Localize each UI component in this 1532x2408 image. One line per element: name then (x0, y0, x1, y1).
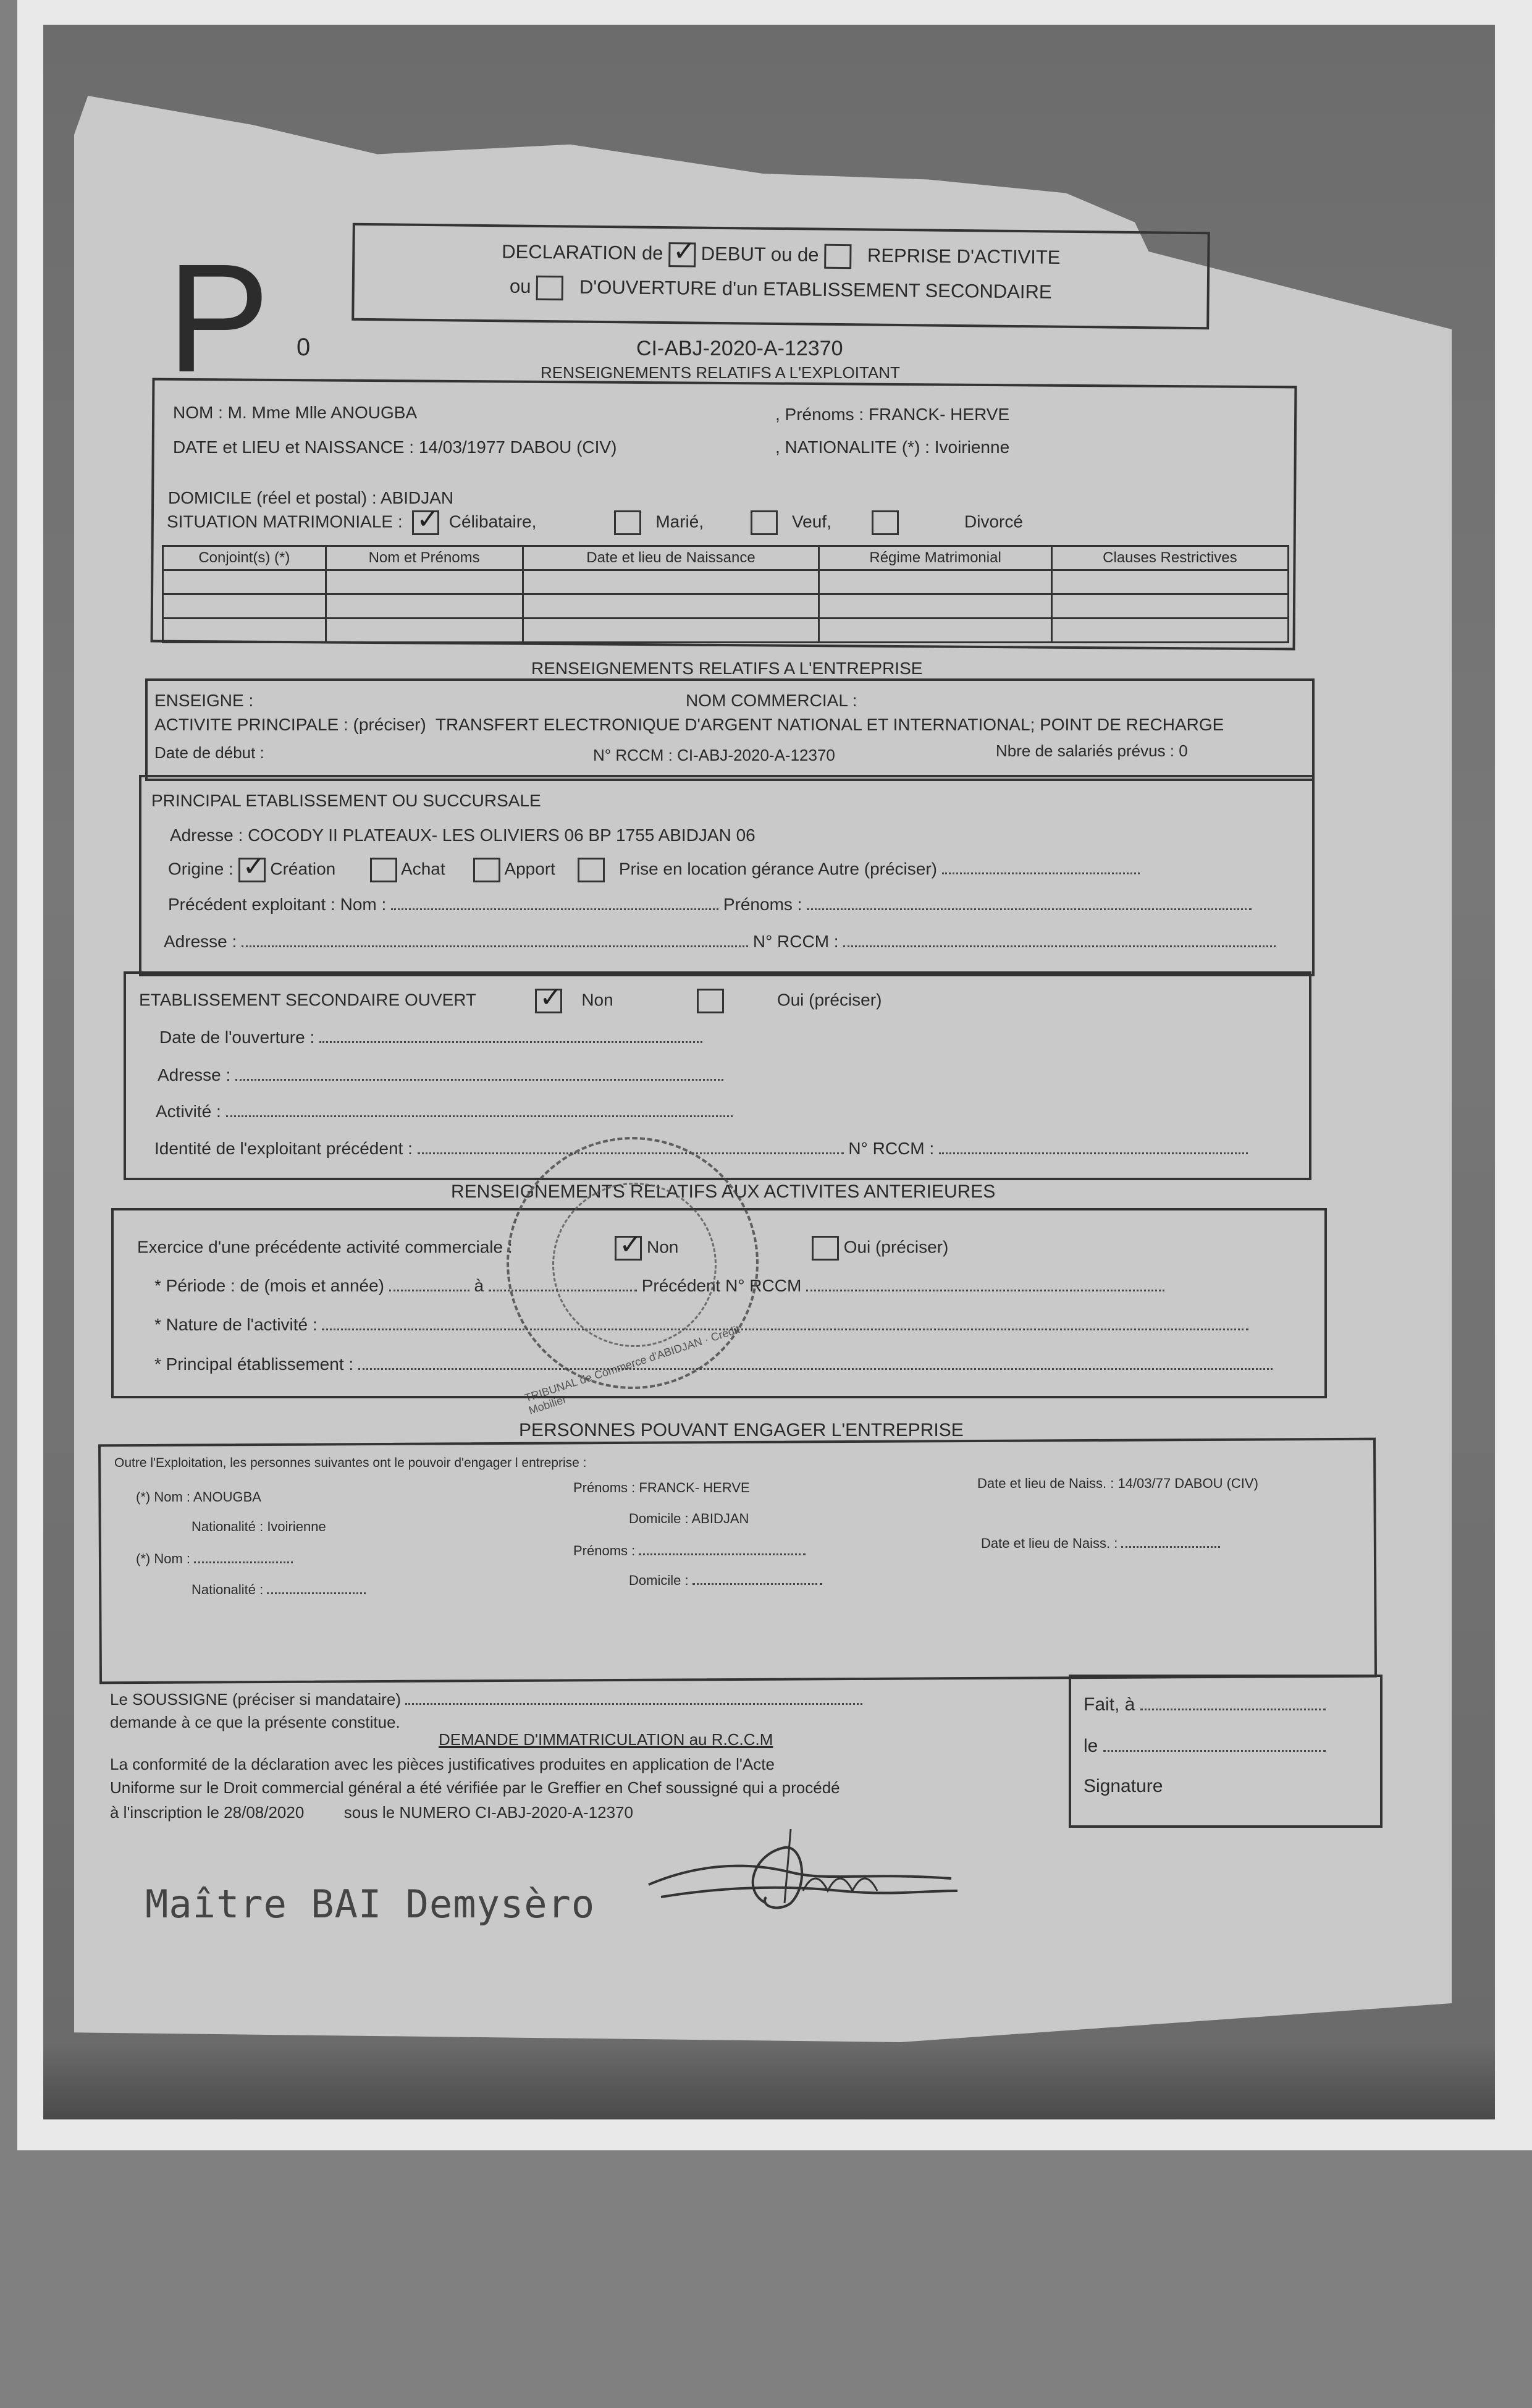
soussigne-field[interactable] (405, 1703, 862, 1705)
precedent-adresse-field[interactable] (242, 945, 748, 947)
salaries-value: 0 (1179, 741, 1187, 760)
precedent-prenoms-field[interactable] (807, 908, 1252, 910)
secondaire-oui-checkbox[interactable] (697, 989, 724, 1013)
nationalite-value: Ivoirienne (935, 437, 1009, 457)
secondaire-activite-field[interactable] (226, 1115, 733, 1117)
rccm-row: N° RCCM : CI-ABJ-2020-A-12370 (593, 746, 835, 765)
situation-row: SITUATION MATRIMONIALE : Célibataire, Ma… (167, 510, 1023, 535)
declaration-line-1: DECLARATION de DEBUT ou de REPRISE D'ACT… (355, 239, 1207, 272)
celibataire-checkbox[interactable] (412, 510, 439, 535)
signature-box: Fait, à le Signature (1069, 1675, 1383, 1828)
conformite-line-2: Uniforme sur le Droit commercial général… (110, 1778, 840, 1798)
demande-line: demande à ce que la présente constitue. (110, 1713, 400, 1732)
person-2-naissance: Date et lieu de Naiss. : (981, 1536, 1220, 1552)
person-1-nom: (*) Nom : ANOUGBA (136, 1489, 261, 1505)
section-title-entreprise: RENSEIGNEMENTS RELATIFS A L'ENTREPRISE (531, 659, 922, 678)
ouverture-checkbox[interactable] (536, 276, 563, 300)
declaration-header-box: DECLARATION de DEBUT ou de REPRISE D'ACT… (351, 223, 1210, 330)
greffier-name-stamp: Maître BAI Demysèro (145, 1882, 595, 1927)
person-2-nom: (*) Nom : (136, 1551, 293, 1567)
person-2-prenoms-field[interactable] (639, 1553, 806, 1555)
le-field[interactable] (1103, 1750, 1326, 1752)
photo-bottom-edge (43, 2045, 1495, 2119)
rccm-number: CI-ABJ-2020-A-12370 (636, 337, 843, 361)
secondaire-adresse-field[interactable] (235, 1079, 723, 1081)
person-1-naissance: Date et lieu de Naiss. : 14/03/77 DABOU … (977, 1476, 1258, 1492)
inscription-date: 28/08/2020 (224, 1803, 304, 1822)
nature-field[interactable] (322, 1329, 1248, 1330)
apport-checkbox[interactable] (473, 858, 500, 882)
person-1-prenoms: Prénoms : FRANCK- HERVE (573, 1480, 750, 1496)
principal-title: PRINCIPAL ETABLISSEMENT OU SUCCURSALE (151, 791, 541, 811)
principal-adresse2-row: Adresse : N° RCCM : (164, 932, 1276, 952)
stamp-inner-ring (552, 1183, 717, 1347)
precedent-rccm-anterieur-field[interactable] (806, 1290, 1164, 1291)
identite-row: Identité de l'exploitant précédent : N° … (154, 1139, 1248, 1159)
autre-field[interactable] (942, 872, 1140, 874)
inscription-row: à l'inscription le 28/08/2020 sous le NU… (110, 1803, 633, 1822)
reprise-checkbox[interactable] (824, 244, 851, 269)
inscription-numero: CI-ABJ-2020-A-12370 (475, 1803, 633, 1822)
principal-adresse-value: COCODY II PLATEAUX- LES OLIVIERS 06 BP 1… (248, 826, 755, 845)
secondaire-row: ETABLISSEMENT SECONDAIRE OUVERT Non Oui … (139, 989, 882, 1013)
section-title-personnes: PERSONNES POUVANT ENGAGER L'ENTREPRISE (519, 1420, 964, 1441)
domicile-row: DOMICILE (réel et postal) : ABIDJAN (168, 488, 453, 508)
personnes-intro: Outre l'Exploitation, les personnes suiv… (114, 1456, 586, 1471)
periode-de-field[interactable] (389, 1290, 469, 1291)
signature-label: Signature (1084, 1776, 1163, 1797)
ouverture-date-row: Date de l'ouverture : (159, 1028, 702, 1047)
conjoint-table: Conjoint(s) (*) Nom et Prénoms Date et l… (162, 545, 1289, 643)
secondaire-rccm-field[interactable] (939, 1152, 1248, 1154)
conformite-line-1: La conformité de la déclaration avec les… (110, 1755, 775, 1774)
person-2-nationalite: Nationalité : (192, 1582, 366, 1598)
salaries-row: Nbre de salariés prévus : 0 (996, 741, 1188, 761)
soussigne-row: Le SOUSSIGNE (préciser si mandataire) (110, 1690, 862, 1709)
anterieures-oui-checkbox[interactable] (812, 1236, 839, 1261)
naissance-value: 14/03/1977 DABOU (CIV) (419, 437, 617, 457)
form-letter: P (167, 241, 270, 395)
veuf-checkbox[interactable] (751, 510, 778, 535)
table-row (163, 570, 1289, 594)
debut-checkbox[interactable] (668, 242, 696, 267)
date-debut-label: Date de début : (154, 743, 264, 763)
principal-adresse-row: Adresse : COCODY II PLATEAUX- LES OLIVIE… (170, 826, 755, 845)
enseigne-label: ENSEIGNE : (154, 691, 253, 711)
nom-value: ANOUGBA (330, 403, 417, 422)
person-2-domicile: Domicile : (629, 1573, 822, 1589)
person-2-nom-field[interactable] (194, 1561, 293, 1563)
demande-title: DEMANDE D'IMMATRICULATION au R.C.C.M (439, 1730, 773, 1749)
person-2-domicile-field[interactable] (692, 1583, 822, 1585)
secondaire-non-checkbox[interactable] (535, 989, 562, 1013)
rccm-value: CI-ABJ-2020-A-12370 (677, 746, 835, 764)
form-subscript: 0 (297, 334, 310, 361)
anterieur-principal-field[interactable] (358, 1368, 1273, 1370)
activite-value: TRANSFERT ELECTRONIQUE D'ARGENT NATIONAL… (436, 715, 1224, 734)
divorce-checkbox[interactable] (872, 510, 899, 535)
person-2-nationalite-field[interactable] (267, 1592, 366, 1594)
naissance-row: DATE et LIEU et NAISSANCE : 14/03/1977 D… (173, 437, 617, 457)
fait-a-row: Fait, à (1084, 1694, 1326, 1715)
nationalite-row: , NATIONALITE (*) : Ivoirienne (775, 437, 1009, 457)
ouverture-date-field[interactable] (319, 1041, 702, 1043)
declaration-line-2: ou D'OUVERTURE d'un ETABLISSEMENT SECOND… (355, 274, 1207, 307)
le-row: le (1084, 1736, 1326, 1757)
location-gerance-checkbox[interactable] (578, 858, 605, 882)
person-2-prenoms: Prénoms : (573, 1543, 806, 1559)
official-stamp: TRIBUNAL de Commerce d'ABIDJAN · Crédit … (507, 1137, 759, 1389)
marie-checkbox[interactable] (614, 510, 641, 535)
table-row (163, 594, 1289, 619)
origine-row: Origine : Création Achat Apport Prise en… (168, 858, 1140, 882)
person-1-nationalite: Nationalité : Ivoirienne (192, 1519, 326, 1535)
precedent-rccm-field[interactable] (843, 945, 1276, 947)
nom-commercial-label: NOM COMMERCIAL : (686, 691, 857, 711)
nom-row: NOM : M. Mme Mlle ANOUGBA (173, 403, 417, 423)
fait-a-field[interactable] (1140, 1709, 1326, 1710)
precedent-nom-field[interactable] (391, 908, 718, 910)
prenoms-value: FRANCK- HERVE (869, 405, 1009, 424)
precedent-row: Précédent exploitant : Nom : Prénoms : (168, 895, 1252, 915)
conjoint-table-header: Conjoint(s) (*) Nom et Prénoms Date et l… (163, 546, 1289, 570)
section-title-exploitant: RENSEIGNEMENTS RELATIFS A L'EXPLOITANT (541, 363, 900, 382)
person-1-domicile: Domicile : ABIDJAN (629, 1511, 749, 1527)
table-row (163, 619, 1289, 643)
prenoms-row: , Prénoms : FRANCK- HERVE (775, 405, 1009, 425)
greffier-signature (642, 1829, 964, 1916)
person-2-naissance-field[interactable] (1121, 1546, 1220, 1548)
achat-checkbox[interactable] (370, 858, 397, 882)
activite-row: ACTIVITE PRINCIPALE : (préciser) TRANSFE… (154, 715, 1224, 735)
secondaire-adresse-row: Adresse : (158, 1065, 723, 1085)
secondaire-activite-row: Activité : (156, 1102, 733, 1122)
creation-checkbox[interactable] (238, 858, 266, 882)
